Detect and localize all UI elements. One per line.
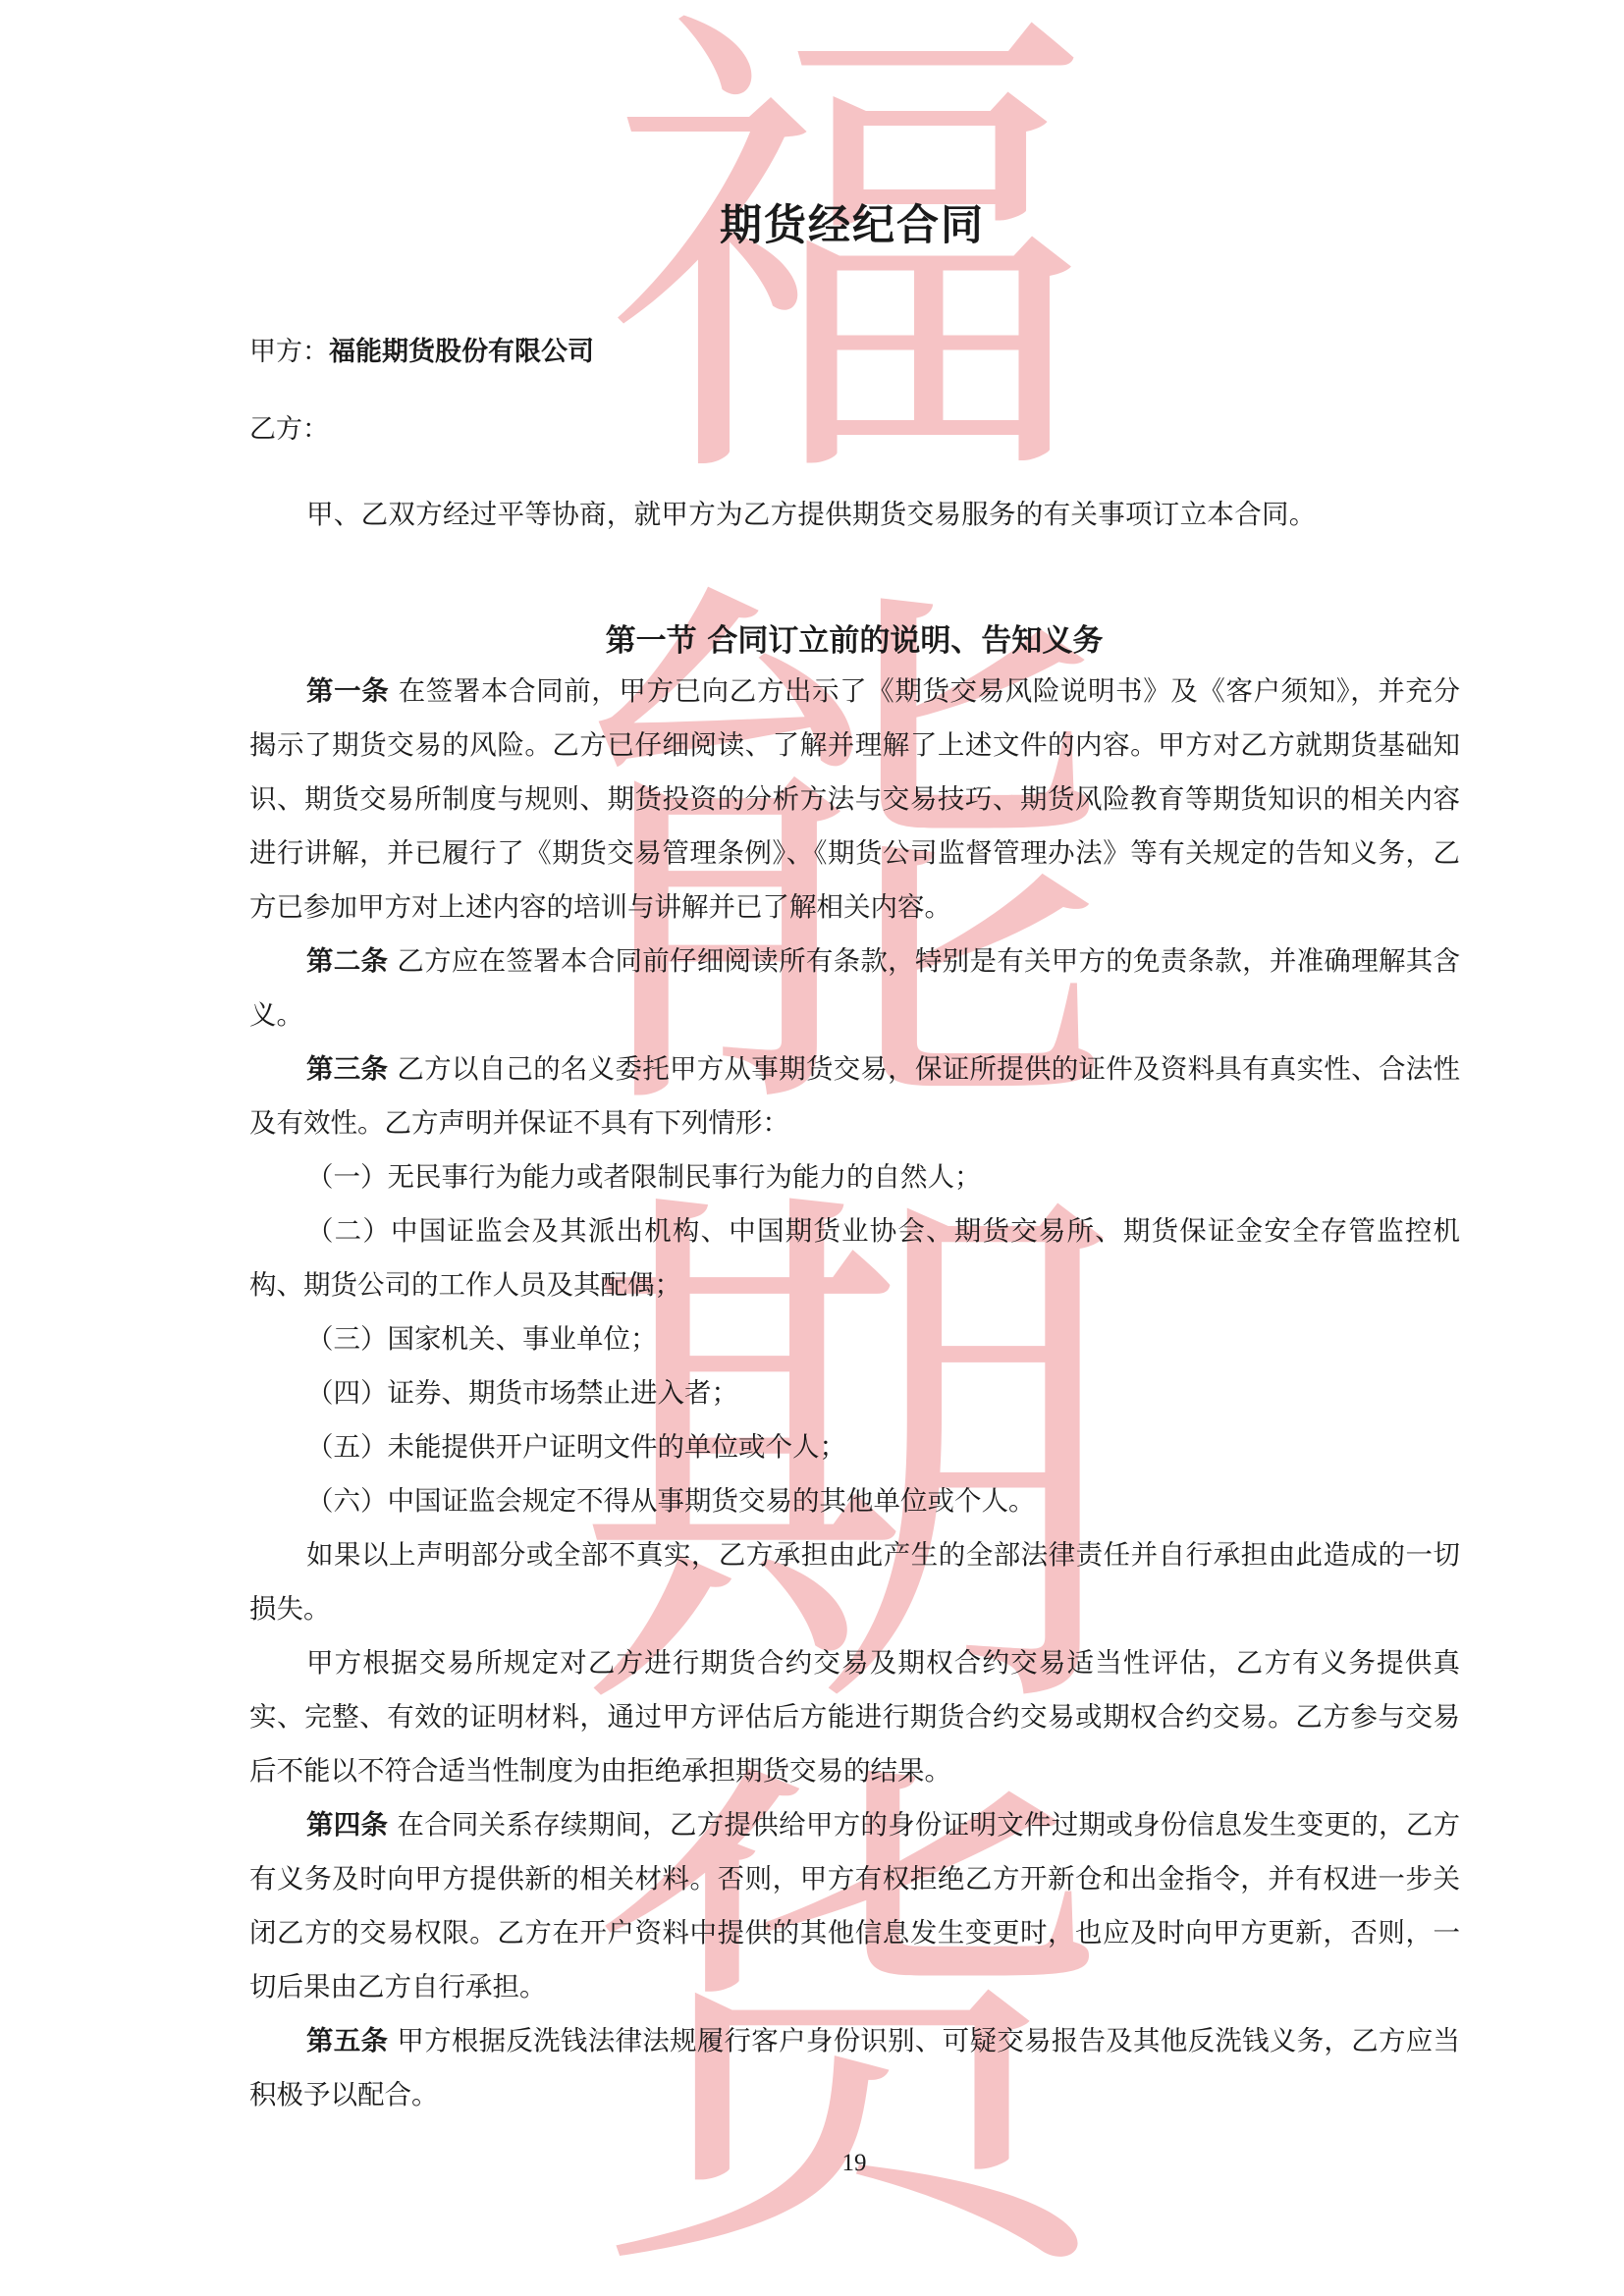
article-text: 在签署本合同前，甲方已向乙方出示了《期货交易风险说明书》及《客户须知》，并充分揭…	[249, 675, 1460, 923]
party-a-line: 甲方：福能期货股份有限公司	[249, 330, 594, 368]
article-text: 甲方根据反洗钱法律法规履行客户身份识别、可疑交易报告及其他反洗钱义务，乙方应当积…	[249, 2025, 1460, 2110]
article-label: 第二条	[306, 945, 388, 977]
list-item: （三）国家机关、事业单位；	[249, 1312, 1460, 1366]
section-heading: 第一节 合同订立前的说明、告知义务	[0, 615, 1624, 660]
list-item: （四）证券、期货市场禁止进入者；	[249, 1366, 1460, 1420]
document-page: 期货经纪合同 甲方：福能期货股份有限公司 乙方： 甲、乙双方经过平等协商，就甲方…	[0, 0, 1624, 2296]
party-b-label: 乙方：	[249, 414, 329, 445]
article-text: 乙方应在签署本合同前仔细阅读所有条款，特别是有关甲方的免责条款，并准确理解其含义…	[249, 945, 1460, 1031]
article-2: 第二条 乙方应在签署本合同前仔细阅读所有条款，特别是有关甲方的免责条款，并准确理…	[249, 934, 1460, 1042]
article-3: 第三条 乙方以自己的名义委托甲方从事期货交易，保证所提供的证件及资料具有真实性、…	[249, 1042, 1460, 1150]
party-b-line: 乙方：	[249, 407, 329, 446]
list-item: （一）无民事行为能力或者限制民事行为能力的自然人；	[249, 1150, 1460, 1204]
suitability-paragraph: 甲方根据交易所规定对乙方进行期货合约交易及期权合约交易适当性评估，乙方有义务提供…	[249, 1636, 1460, 1798]
article-text: 在合同关系存续期间，乙方提供给甲方的身份证明文件过期或身份信息发生变更的，乙方有…	[249, 1809, 1460, 2002]
party-a-name: 福能期货股份有限公司	[329, 337, 594, 367]
contract-body: 第一条 在签署本合同前，甲方已向乙方出示了《期货交易风险说明书》及《客户须知》，…	[249, 665, 1460, 2122]
document-title: 期货经纪合同	[0, 192, 1624, 252]
page-number: 19	[0, 2150, 1624, 2177]
list-item: （六）中国证监会规定不得从事期货交易的其他单位或个人。	[249, 1474, 1460, 1528]
article-label: 第一条	[306, 675, 389, 707]
article-label: 第四条	[306, 1809, 388, 1841]
list-item: （二）中国证监会及其派出机构、中国期货业协会、期货交易所、期货保证金安全存管监控…	[249, 1204, 1460, 1312]
intro-paragraph: 甲、乙双方经过平等协商，就甲方为乙方提供期货交易服务的有关事项订立本合同。	[249, 488, 1460, 542]
article-5: 第五条 甲方根据反洗钱法律法规履行客户身份识别、可疑交易报告及其他反洗钱义务，乙…	[249, 2014, 1460, 2122]
declaration-paragraph: 如果以上声明部分或全部不真实，乙方承担由此产生的全部法律责任并自行承担由此造成的…	[249, 1528, 1460, 1636]
article-label: 第三条	[306, 1053, 388, 1085]
article-text: 乙方以自己的名义委托甲方从事期货交易，保证所提供的证件及资料具有真实性、合法性及…	[249, 1053, 1460, 1139]
list-item: （五）未能提供开户证明文件的单位或个人；	[249, 1420, 1460, 1474]
party-a-label: 甲方：	[249, 337, 329, 367]
article-1: 第一条 在签署本合同前，甲方已向乙方出示了《期货交易风险说明书》及《客户须知》，…	[249, 665, 1460, 934]
article-4: 第四条 在合同关系存续期间，乙方提供给甲方的身份证明文件过期或身份信息发生变更的…	[249, 1798, 1460, 2014]
article-label: 第五条	[306, 2025, 388, 2056]
